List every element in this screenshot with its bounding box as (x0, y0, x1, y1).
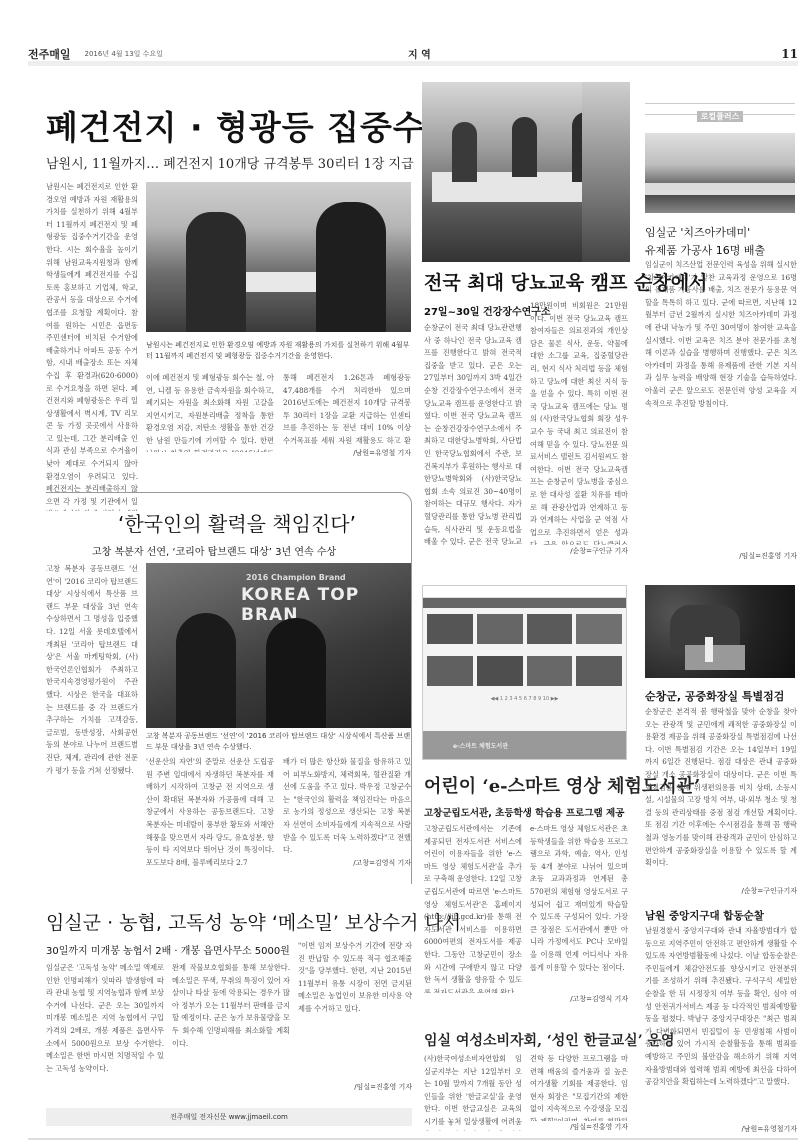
stairs (685, 645, 745, 670)
library-website-screenshot: ◀◀ 1 2 3 4 5 6 7 8 9 10 ▶▶ e-스마트 체험도서관 (422, 585, 627, 760)
video-thumbnail[interactable] (427, 656, 473, 686)
video-thumbnail[interactable] (477, 614, 523, 644)
article3-col1: 고창 복분자 공동브랜드 '선연'이 '2016 코리아 탑브랜드 대상' 시상… (46, 563, 138, 883)
article4-col2: e-스마트 영상 체험도서관은 초등학생들을 위한 학습용 프로그램으로 과학,… (530, 823, 628, 993)
article3-col2: '선운산의 자연'의 준말로 선운산 도립공원 주변 일대에서 자생하던 복분자… (146, 756, 274, 866)
sidebar-story3-byline: /남원=유영철기자 (645, 1124, 797, 1134)
sidebar-story1-photo (645, 133, 795, 213)
issue-date: 2016년 4월 13일 수요일 (85, 49, 163, 59)
battery-box (246, 272, 316, 292)
article3-photo: 2016 Champion Brand KOREA TOP BRAN (146, 563, 411, 728)
article3-photo-caption: 고창 복분자 공동브랜드 '선연'이 '2016 코리아 탑브랜드 대상' 시상… (146, 731, 414, 753)
sidebar-story2-headline: 순창군, 공중화장실 특별점검 (645, 688, 784, 704)
article2-byline: /순창=구인규 기자 (530, 546, 628, 556)
person-figure (705, 637, 713, 662)
person-figure (452, 122, 477, 182)
article2-col1: 순창군이 전국 최대 당뇨관련행사 중 하나인 전국 당뇨교육 캠프를 진행한다… (424, 322, 522, 550)
sidebar-story3-body: 남원경찰서 중앙지구대와 관내 자율방범대가 합동으로 지역주민이 안전하고 편… (645, 925, 797, 1123)
person-figure (186, 212, 246, 332)
article1-col1: 남원시는 폐건전지로 인한 환경오염 예방과 자원 재활용의 가치를 실천하기 … (46, 181, 138, 511)
page-number: 11 (781, 47, 798, 61)
article4-subhead: 고창군립도서관, 초등학생 학습용 프로그램 제공 (424, 805, 624, 819)
person-figure (316, 202, 386, 332)
site-pager[interactable]: ◀◀ 1 2 3 4 5 6 7 8 9 10 ▶▶ (423, 696, 626, 702)
sidebar-story1-headline-1: 임실군 '치즈아카데미' (645, 224, 750, 240)
article5-subhead: 30일까지 미개봉 농협서 2배 · 개봉 읍면사무소 5000원 (46, 942, 290, 957)
video-thumbnail[interactable] (527, 656, 573, 686)
video-thumbnail-row (423, 608, 626, 650)
article3-col3: 배가 더 많은 항산화 물질을 함유하고 있어 피부노화방지, 체력회복, 혈관… (283, 756, 411, 856)
site-footer: e-스마트 체험도서관 (423, 731, 626, 759)
sidebar-story3-headline: 남원 중앙지구대 합동순찰 (645, 908, 764, 923)
sidebar-story2-photo (645, 585, 795, 678)
section-title: 지 역 (408, 46, 431, 61)
article5-col3: "이번 임저 보상수거 기간에 전량 자진 반납할 수 있도록 적극 협조해줄 … (298, 940, 412, 1080)
video-thumbnail[interactable] (477, 656, 523, 686)
video-thumbnail[interactable] (576, 614, 622, 644)
article1-subhead: 남원시, 11월까지… 폐건전지 10개당 규격봉투 30리터 1장 지급 (46, 153, 414, 172)
person-figure (176, 613, 236, 728)
sidebar-story1-byline: /임실=진홍영 기자 (645, 551, 797, 561)
sidebar-story2-body: 순창군은 본격적 봄 행락철을 맞아 순창을 찾아오는 관광객 및 군민에게 쾌… (645, 706, 797, 884)
video-thumbnail-row (423, 650, 626, 692)
article5-col2: 완제 작물보호협회를 통해 보상한다. 메소밀은 무색, 무취의 특징이 있어 … (172, 962, 290, 1092)
site-footer-logo: e-스마트 체험도서관 (453, 741, 508, 750)
sidebar-story1-body: 임실군이 치즈산업 전문인력 육성을 위해 실시한 '치즈아카데미'가 알찬 교… (645, 259, 797, 549)
article4-byline: /고창=김영식 기자 (530, 994, 628, 1004)
article6-byline: /임실=진홍영 기자 (530, 1122, 628, 1132)
classroom-desk (645, 183, 795, 195)
award-banner-small: 2016 Champion Brand (246, 573, 346, 582)
article1-photo-caption: 남원시는 폐건전지로 인한 환경오염 예방과 자원 재활용의 가치를 실천하기 … (146, 340, 416, 362)
site-header (423, 586, 626, 598)
video-thumbnail[interactable] (576, 656, 622, 686)
article6-headline: 임실 여성소비자회, ‘성인 한글교실’ 운영 (424, 1030, 675, 1050)
article1-col3: 통해 폐건전지 1.26톤과 폐형광등 47,488개를 수거 처리한바 있으며… (283, 372, 411, 447)
article3-byline: /고창=김영식 기자 (283, 858, 411, 868)
person-figure (512, 117, 537, 177)
award-banner-big: KOREA TOP BRAN (241, 585, 411, 625)
local-plus-label: 로컬플러스 (697, 111, 744, 122)
article5-headline: 임실군 · 농협, 고독성 농약 ‘메소밀’ 보상수거 나서 (46, 908, 461, 935)
site-nav-bar (423, 598, 626, 608)
sidebar-section-label: 로컬플러스 (645, 103, 795, 115)
bottom-rule (28, 1138, 798, 1140)
article2-col2: 18만원이며 비회원은 21만원이다. 이번 전국 당뇨교육 캠프 참여자들은 … (530, 300, 628, 545)
article1-byline: /남원=유영철 기자 (283, 448, 411, 458)
newspaper-brand: 전주매일 (28, 46, 71, 62)
video-thumbnail[interactable] (427, 614, 473, 644)
article3-headline: ‘한국인의 활력을 책임진다’ (118, 508, 356, 537)
sidebar-story2-byline: /순창=구인규기자 (645, 886, 797, 896)
page-footer: 전주매일 전자신문 www.jjmaeil.com (46, 1108, 412, 1126)
footer-text: 전주매일 전자신문 www.jjmaeil.com (170, 1112, 288, 1122)
article6-col1: (사)한국여성소비자연합회 임실군지부는 지난 12일부터 오는 10월 말까지… (424, 1053, 522, 1131)
person-figure (266, 618, 326, 728)
sidebar-story1-headline-2: 유제품 가공사 16명 배출 (645, 242, 765, 258)
article1-col2: 이에 폐건전지 및 폐형광등 회수는 철, 아연, 니켈 등 유용한 금속자원을… (146, 372, 274, 452)
article6-col2: 견학 등 다양한 프로그램을 마련해 배움의 즐거움과 질 높은 여가생활 기회… (530, 1053, 628, 1121)
article3-subhead: 고창 복분자 선연, ‘코리아 탑브랜드 대상’ 3년 연속 수상 (92, 543, 336, 558)
article1-photo (146, 182, 411, 332)
masthead: 전주매일 2016년 4월 13일 수요일 지 역 11 (28, 48, 798, 66)
article5-col1: 임실군은 '고독성 농약' 메소밀 액제로 인한 인명피해가 잇따라 발생함에 … (46, 962, 164, 1092)
article1-headline: 폐건전지 · 형광등 집중수거 (46, 102, 459, 149)
article5-byline: /임실=진홍영 기자 (298, 1082, 412, 1092)
article2-photo-right (582, 82, 630, 262)
video-thumbnail[interactable] (527, 614, 573, 644)
